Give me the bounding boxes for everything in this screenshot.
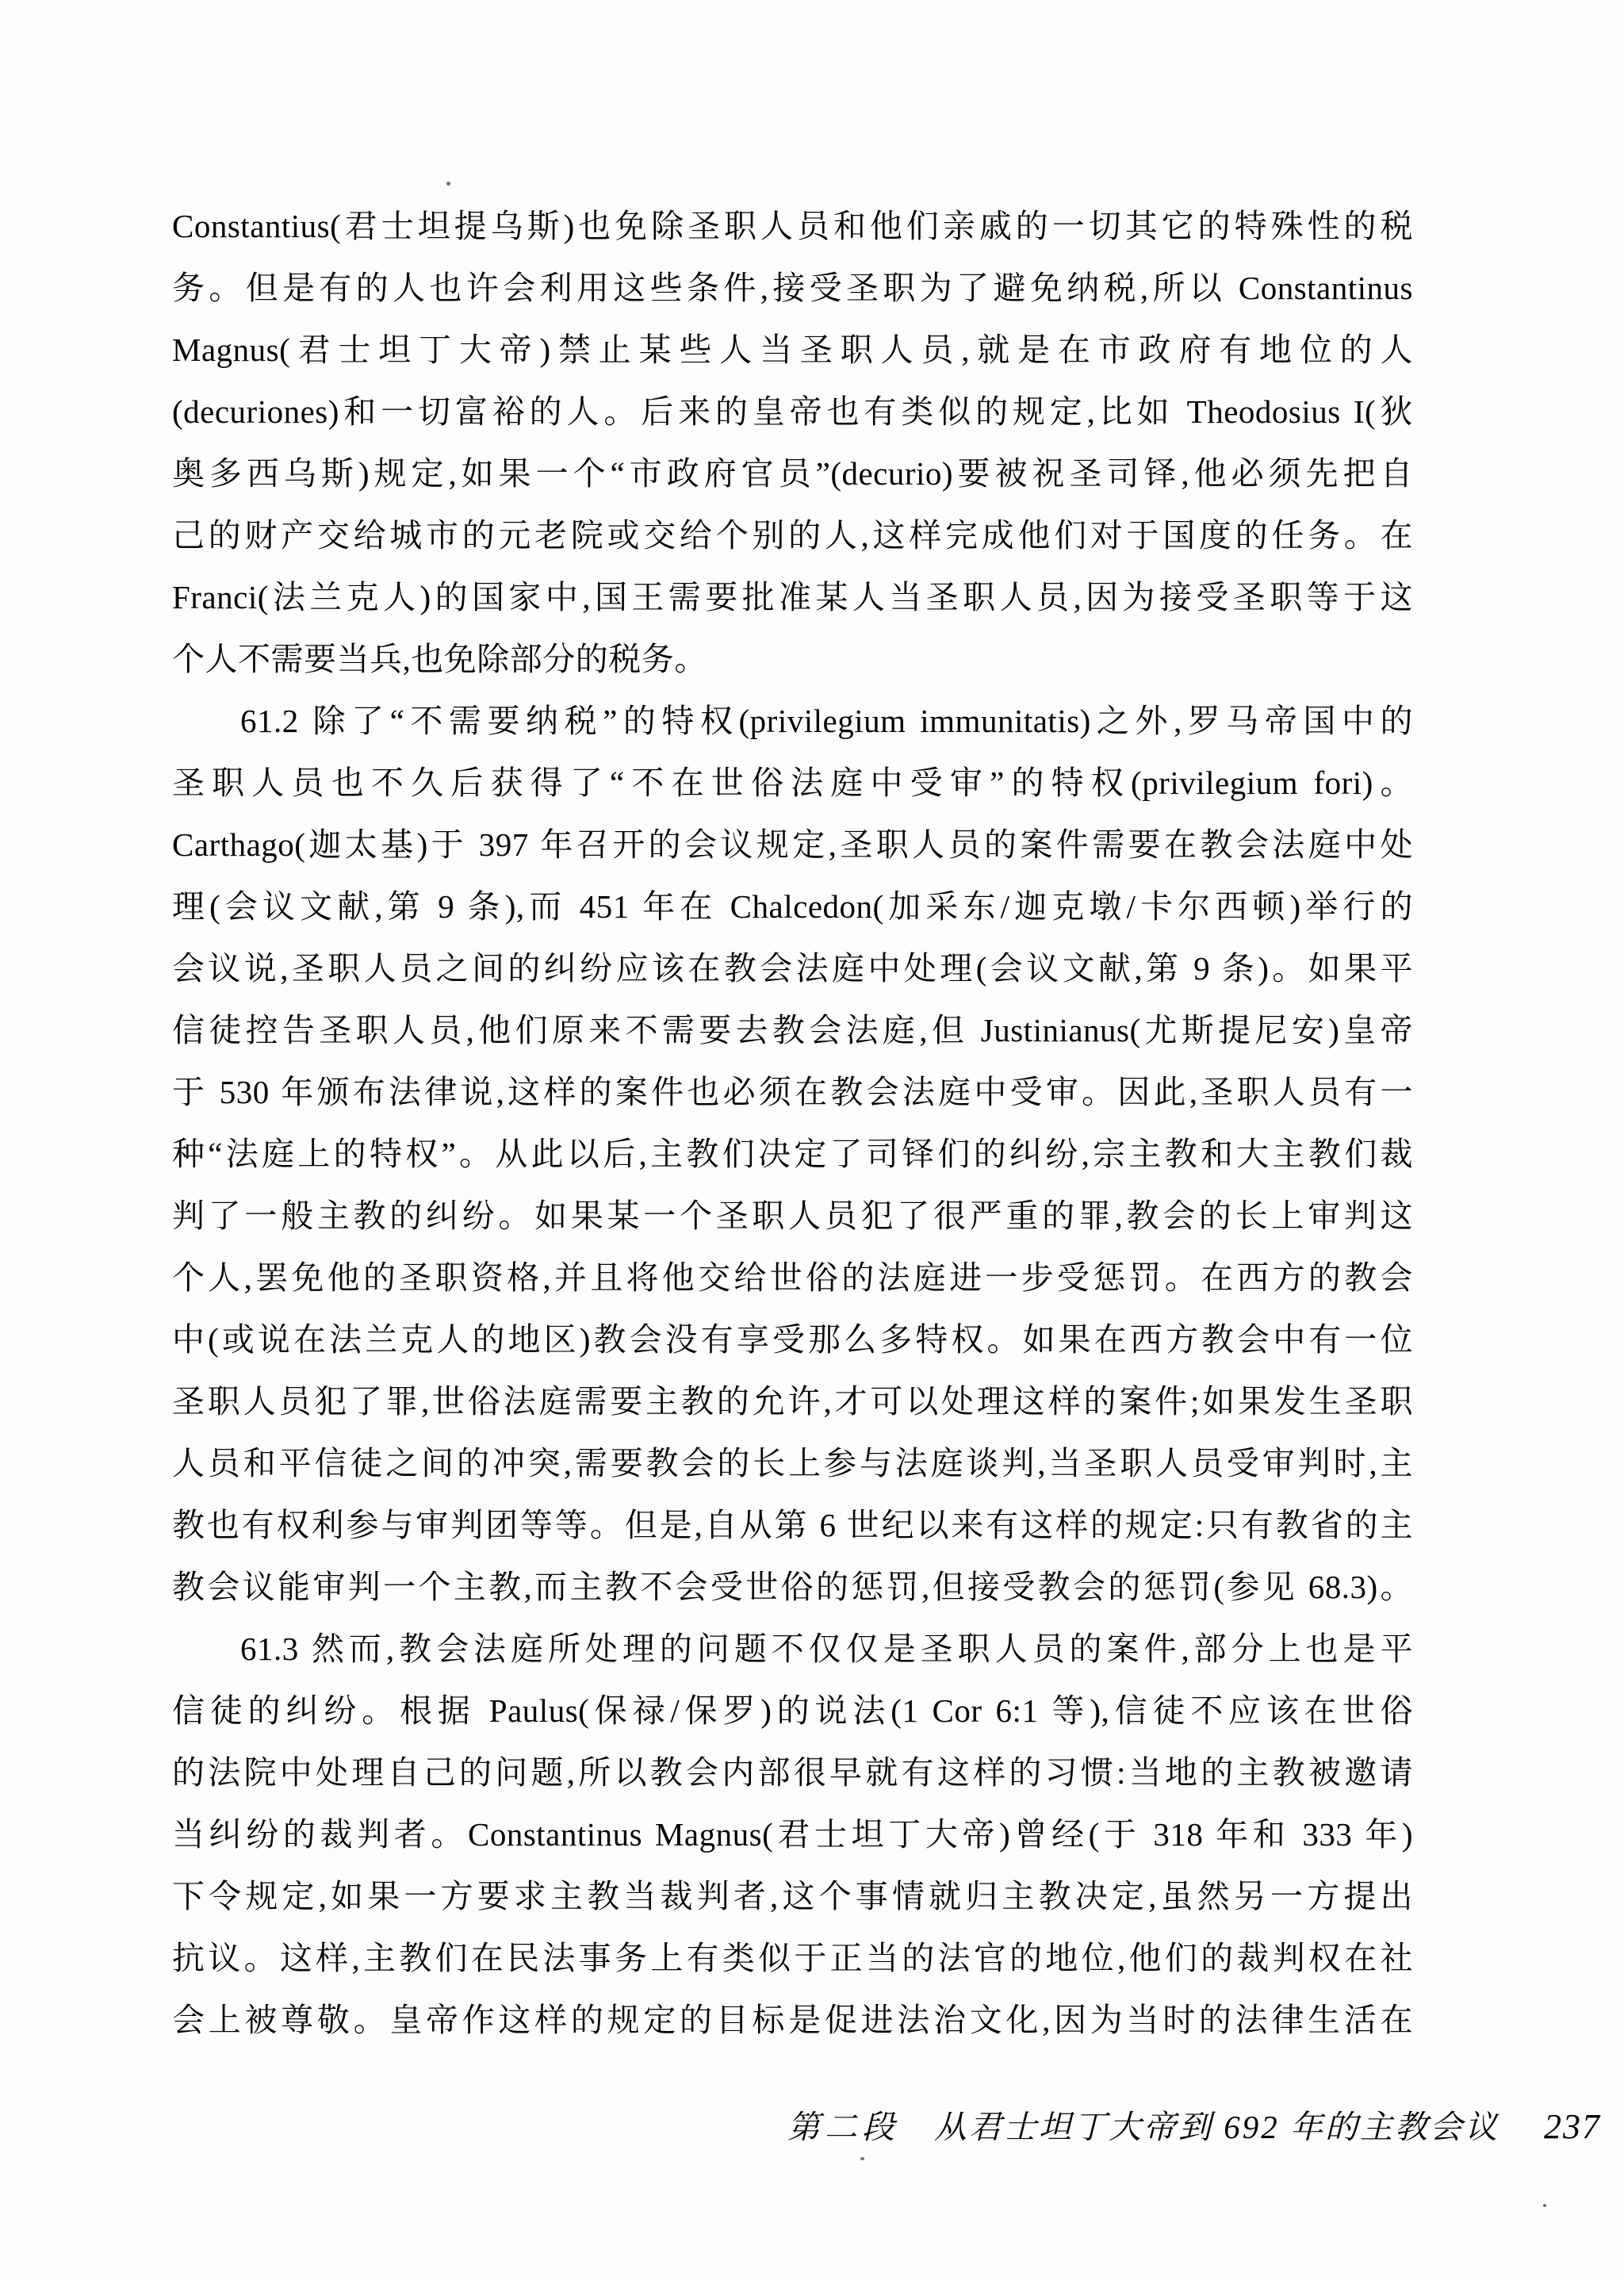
body-text-line: 当纠纷的裁判者。Constantinus Magnus(君士坦丁大帝)曾经(于 … <box>172 1803 1413 1865</box>
body-text-line: 下令规定,如果一方要求主教当裁判者,这个事情就归主教决定,虽然另一方提出 <box>172 1865 1413 1927</box>
body-text-line: 教会议能审判一个主教,而主教不会受世俗的惩罚,但接受教会的惩罚(参见 68.3)… <box>172 1556 1413 1618</box>
body-text-line: 人员和平信徒之间的冲突,需要教会的长上参与法庭谈判,当圣职人员受审判时,主 <box>172 1432 1413 1494</box>
body-text-line: 的法院中处理自己的问题,所以教会内部很早就有这样的习惯:当地的主教被邀请 <box>172 1742 1413 1803</box>
body-text-line: 中(或说在法兰克人的地区)教会没有享受那么多特权。如果在西方教会中有一位 <box>172 1309 1413 1370</box>
body-text-line: 奥多西乌斯)规定,如果一个“市政府官员”(decurio)要被祝圣司铎,他必须先… <box>172 443 1413 504</box>
body-text-line: Constantius(君士坦提乌斯)也免除圣职人员和他们亲戚的一切其它的特殊性… <box>172 195 1413 257</box>
body-text-line: 己的财产交给城市的元老院或交给个别的人,这样完成他们对于国度的任务。在 <box>172 504 1413 566</box>
body-text-line: 教也有权利参与审判团等等。但是,自从第 6 世纪以来有这样的规定:只有教省的主 <box>172 1494 1413 1556</box>
body-text-line: 圣职人员也不久后获得了“不在世俗法庭中受审”的特权(privilegium fo… <box>172 752 1413 814</box>
body-text-line: Magnus(君士坦丁大帝)禁止某些人当圣职人员,就是在市政府有地位的人 <box>172 319 1413 381</box>
body-text-line: (decuriones)和一切富裕的人。后来的皇帝也有类似的规定,比如 Theo… <box>172 381 1413 443</box>
scan-speck <box>446 182 450 186</box>
body-text-line: 会上被尊敬。皇帝作这样的规定的目标是促进法治文化,因为当时的法律生活在 <box>172 1989 1413 2051</box>
book-page: Constantius(君士坦提乌斯)也免除圣职人员和他们亲戚的一切其它的特殊性… <box>0 0 1624 2284</box>
body-text-line: 抗议。这样,主教们在民法事务上有类似于正当的法官的地位,他们的裁判权在社 <box>172 1927 1413 1989</box>
body-text-line: 61.3 然而,教会法庭所处理的问题不仅仅是圣职人员的案件,部分上也是平 <box>172 1618 1413 1680</box>
body-text-line: 个人不需要当兵,也免除部分的税务。 <box>172 628 1413 690</box>
scan-speck <box>860 2157 864 2160</box>
body-text-line: 务。但是有的人也许会利用这些条件,接受圣职为了避免纳税,所以 Constanti… <box>172 257 1413 319</box>
body-text-line: 圣职人员犯了罪,世俗法庭需要主教的允许,才可以处理这样的案件;如果发生圣职 <box>172 1370 1413 1432</box>
body-text-line: Carthago(迦太基)于 397 年召开的会议规定,圣职人员的案件需要在教会… <box>172 814 1413 876</box>
body-text-line: 会议说,圣职人员之间的纠纷应该在教会法庭中处理(会议文献,第 9 条)。如果平 <box>172 937 1413 999</box>
page-footer: 第二段 从君士坦丁大帝到 692 年的主教会议 237 <box>787 2106 1601 2148</box>
footer-section-title: 从君士坦丁大帝到 692 年的主教会议 <box>934 2106 1500 2148</box>
body-text-line: 判了一般主教的纠纷。如果某一个圣职人员犯了很严重的罪,教会的长上审判这 <box>172 1185 1413 1247</box>
footer-section-label: 第二段 <box>787 2106 899 2148</box>
body-text-line: 个人,罢免他的圣职资格,并且将他交给世俗的法庭进一步受惩罚。在西方的教会 <box>172 1247 1413 1309</box>
body-text-line: 信徒控告圣职人员,他们原来不需要去教会法庭,但 Justinianus(尤斯提尼… <box>172 999 1413 1061</box>
scan-speck <box>1543 2204 1546 2207</box>
body-text-line: 种“法庭上的特权”。从此以后,主教们决定了司铎们的纠纷,宗主教和大主教们裁 <box>172 1123 1413 1185</box>
footer-page-number: 237 <box>1544 2106 1601 2148</box>
page-body-text: Constantius(君士坦提乌斯)也免除圣职人员和他们亲戚的一切其它的特殊性… <box>172 195 1413 2051</box>
body-text-line: Franci(法兰克人)的国家中,国王需要批准某人当圣职人员,因为接受圣职等于这 <box>172 566 1413 628</box>
body-text-line: 理(会议文献,第 9 条),而 451 年在 Chalcedon(加采东/迦克墩… <box>172 876 1413 937</box>
body-text-line: 61.2 除了“不需要纳税”的特权(privilegium immunitati… <box>172 690 1413 752</box>
body-text-line: 于 530 年颁布法律说,这样的案件也必须在教会法庭中受审。因此,圣职人员有一 <box>172 1061 1413 1123</box>
body-text-line: 信徒的纠纷。根据 Paulus(保禄/保罗)的说法(1 Cor 6:1 等),信… <box>172 1680 1413 1742</box>
